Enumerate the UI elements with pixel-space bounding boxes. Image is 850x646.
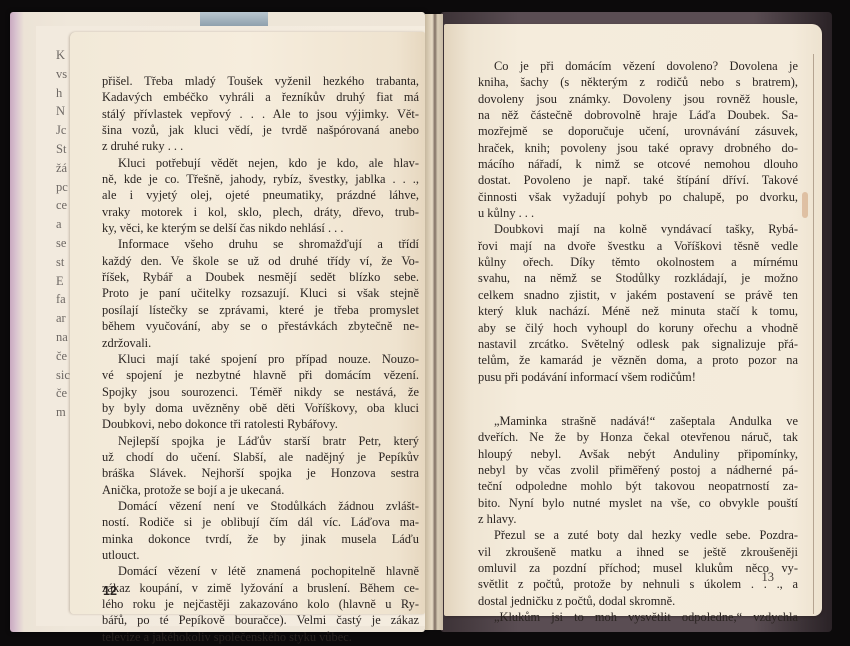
text-line: ností. Rodiče si je oblibují čím dál víc… (102, 514, 419, 530)
text-line: Proto je paní učitelky rozsazují. Kluci … (102, 285, 419, 301)
text-line: bito. Nyní bylo nutné myslet na vše, co … (478, 495, 798, 511)
text-line: Spojky jsou sourozenci. Téměř nikdy se n… (102, 384, 419, 400)
text-line: mozřejmě se doporučuje učení, urovnávání… (478, 123, 798, 139)
page-number-left: 12 (103, 584, 117, 598)
paragraph: Doubkovi mají na kolně vyndávací tašky, … (478, 221, 798, 384)
text-line: omluvil za pozdní příchod; musel klukům … (478, 560, 798, 576)
text-line: přišel. Třeba mladý Toušek vyženil hezké… (102, 73, 419, 89)
paragraph: Informace všeho druhu se shromažďují a t… (102, 236, 419, 350)
text-line: teční odpoledne mohlo být takovou neopat… (478, 478, 798, 494)
text-line: vil zkroušeně matku a ihned se ještě zkr… (478, 544, 798, 560)
paragraph: Kluci mají také spojení pro případ nouze… (102, 351, 419, 433)
right-page-text: Co je při domácím vězení dovoleno? Dovol… (478, 58, 798, 625)
text-line: minka dokonce tvrdí, že by jinak musela … (102, 531, 419, 547)
paragraph: přišel. Třeba mladý Toušek vyženil hezké… (102, 73, 419, 155)
text-line: který kluk nachází. Méně než minuta stač… (478, 303, 798, 319)
text-line: dveřích. Ne že by Honza čekal otevřenou … (478, 429, 798, 445)
text-line: dostal jedničku z počtů, dodal skromně. (478, 593, 798, 609)
paragraph: Domácí vězení v létě znamená pochopiteln… (102, 563, 419, 645)
page-edge (813, 54, 814, 614)
text-line: telům, že kamarád je vězněn doma, a prot… (478, 352, 798, 368)
page-number-right: 13 (762, 570, 775, 585)
text-line: z druhé ruky . . . (102, 138, 419, 154)
right-page: Co je při domácím vězení dovoleno? Dovol… (444, 24, 822, 616)
text-line: Anička, protože se bojí a je ukecaná. (102, 482, 419, 498)
left-page-text: přišel. Třeba mladý Toušek vyženil hezké… (102, 73, 419, 645)
text-line: by byly doma uvězněny obě děti Voříškovy… (102, 400, 419, 416)
text-line: světlit z počtů, protože by nehnuli s úk… (478, 576, 798, 592)
text-line: šina vozů, jak kluci vědí, je tvrdě našp… (102, 122, 419, 138)
text-line: Doubkovi, nebo dokonce tři ratolesti Ryb… (102, 416, 419, 432)
text-line: zdržovali. (102, 335, 419, 351)
text-line: Co je při domácím vězení dovoleno? Dovol… (478, 58, 798, 74)
text-line: Nejlepší spojka je Láďův starší bratr Pe… (102, 433, 419, 449)
text-line: hloupý nebyl. Avšak nebýt Anduliny připo… (478, 446, 798, 462)
text-line: na něž částečně dobrovolně hraje Láďa Do… (478, 107, 798, 123)
text-line: pusu při podávání informací všem rodičům… (478, 369, 798, 385)
paragraph: „Maminka strašně nadává!“ zašeptala Andu… (478, 413, 798, 527)
section-break (478, 385, 798, 413)
text-line: „Klukům jsi to moh vysvětlit odpoledne,“… (478, 609, 798, 625)
cover-tape (200, 12, 268, 26)
text-line: aby se čilý hoch vyhoupl do koruny ořech… (478, 320, 798, 336)
text-line: každý den. Ve škole se už od druhé třídy… (102, 253, 419, 269)
paragraph: Domácí vězení není ve Stodůlkách žádnou … (102, 498, 419, 563)
text-line: svahu, na němž se Stodůlky rozkládají, j… (478, 270, 798, 286)
paragraph: Nejlepší spojka je Láďův starší bratr Pe… (102, 433, 419, 498)
text-line: bráška Slávek. Nejhorší spojka je Honzov… (102, 465, 419, 481)
book-spine (425, 14, 443, 630)
text-line: posílají lístečky se zprávami, které je … (102, 302, 419, 318)
text-line: Domácí vězení není ve Stodůlkách žádnou … (102, 498, 419, 514)
text-line: ale i vyjetý olej, ojeté pneumatiky, prá… (102, 187, 419, 203)
text-line: stálý přívlastek vepřový . . . Ale to js… (102, 106, 419, 122)
text-line: Kadavých embéčko vyhráli a řezníkův druh… (102, 89, 419, 105)
text-line: už chodí do učení. Slabší, ale nadějný j… (102, 449, 419, 465)
text-line: kniha, šachy (s některým z rodičů nebo s… (478, 74, 798, 90)
text-line: činnosti však vyžadují pohyb po chalupě,… (478, 189, 798, 205)
text-line: řovi mají na dvoře švestku a Voříškovi t… (478, 238, 798, 254)
text-line: „Maminka strašně nadává!“ zašeptala Andu… (478, 413, 798, 429)
text-line: Informace všeho druhu se shromažďují a t… (102, 236, 419, 252)
text-line: vraky motorek i kol, sklo, plech, dráty,… (102, 204, 419, 220)
paragraph: Co je při domácím vězení dovoleno? Dovol… (478, 58, 798, 221)
paragraph: „Klukům jsi to moh vysvětlit odpoledne,“… (478, 609, 798, 625)
text-line: Přezul se a zuté boty dal hezky vedle se… (478, 527, 798, 543)
left-page: přišel. Třeba mladý Toušek vyženil hezké… (70, 32, 425, 614)
text-line: utlouct. (102, 547, 419, 563)
text-line: lého roku je nejčastěji zakazováno kolo … (102, 596, 419, 612)
text-line: Kluci potřebují vědět nejen, kdo je kdo,… (102, 155, 419, 171)
text-line: televize a jakéhokoliv společenského sty… (102, 629, 419, 645)
text-line: zákaz koupání, v zimě lyžování a bruslen… (102, 580, 419, 596)
text-line: dovoleny jsou známky. Dovoleny jsou rovn… (478, 91, 798, 107)
text-line: Domácí vězení v létě znamená pochopiteln… (102, 563, 419, 579)
paragraph: Přezul se a zuté boty dal hezky vedle se… (478, 527, 798, 609)
text-line: bářů, po té Pepíkově bouračce). Velmi ča… (102, 612, 419, 628)
text-line: u kůlny . . . (478, 205, 798, 221)
text-line: během vyučování, aby se o přestávkách zb… (102, 318, 419, 334)
text-line: nebyl by včas zvolil přiměřený postoj a … (478, 462, 798, 478)
text-line: nastavil zrcátko. Světelný odlesk pak si… (478, 336, 798, 352)
text-line: Kluci mají také spojení pro případ nouze… (102, 351, 419, 367)
text-line: Doubkovi mají na kolně vyndávací tašky, … (478, 221, 798, 237)
text-line: hraček, knih; povoleny jsou také opravy … (478, 140, 798, 156)
text-line: ně, kde je co. Třešně, jahody, rybíz, šv… (102, 171, 419, 187)
text-line: mácího nářadí, k nimž se otcové nemohou … (478, 156, 798, 172)
text-line: kůlny ořech. Díky těmto okolnostem a mír… (478, 254, 798, 270)
text-line: ky, věci, ke kterým se delší čas nikdo n… (102, 220, 419, 236)
paper-stain (802, 192, 808, 218)
text-line: říšek, Rybář a Doubek nesmějí sedět blíz… (102, 269, 419, 285)
text-line: z hlavy. (478, 511, 798, 527)
text-line: celkem snadno zjistit, v jakém postavení… (478, 287, 798, 303)
text-line: dostat. Povoleno je např. také štípání d… (478, 172, 798, 188)
paragraph: Kluci potřebují vědět nejen, kdo je kdo,… (102, 155, 419, 237)
text-line: vé spojení je nezbytné hlavně při domácí… (102, 367, 419, 383)
